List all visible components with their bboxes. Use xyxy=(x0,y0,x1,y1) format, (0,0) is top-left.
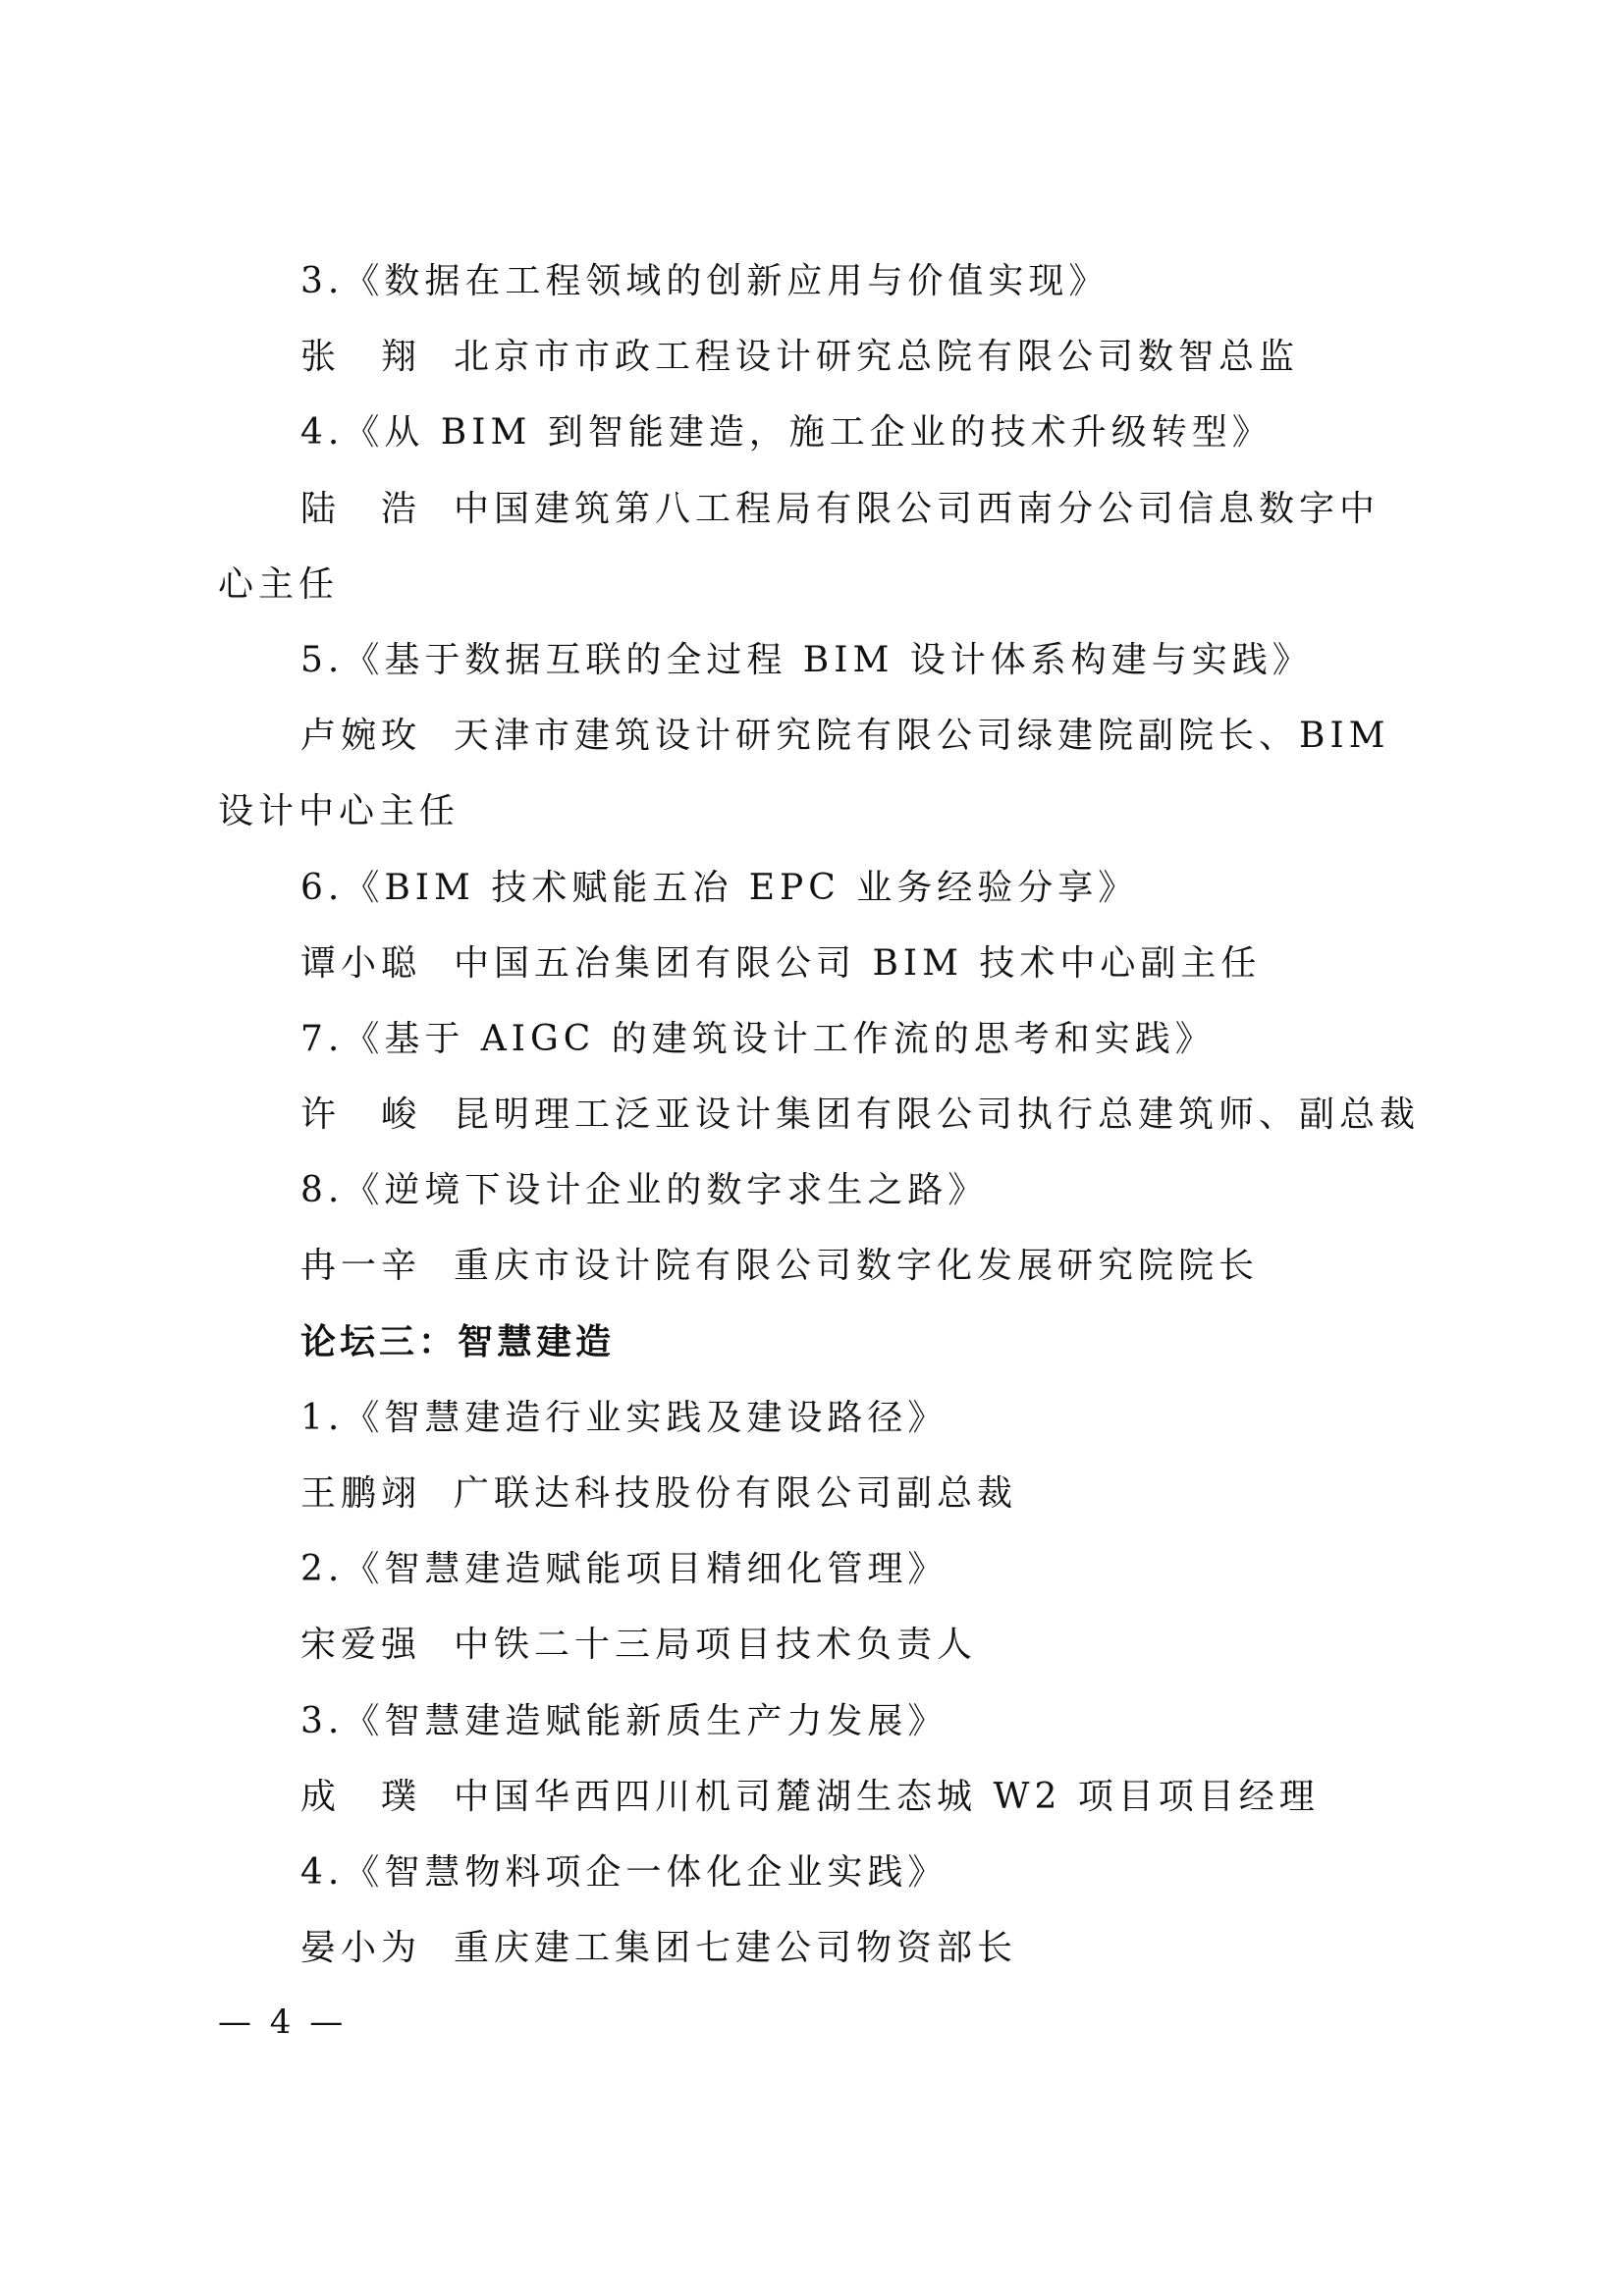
speaker-title: 重庆建工集团七建公司物资部长 xyxy=(454,1928,1017,1968)
talk-title: 5.《基于数据互联的全过程 BIM 设计体系构建与实践》 xyxy=(218,622,1426,698)
speaker-title: 广联达科技股份有限公司副总裁 xyxy=(454,1473,1017,1514)
speaker-name: 谭小聪 xyxy=(300,926,430,1001)
speaker-line: 成 璞中国华西四川机司麓湖生态城 W2 项目项目经理 xyxy=(218,1759,1426,1835)
talk-title: 6.《BIM 技术赋能五冶 EPC 业务经验分享》 xyxy=(218,850,1426,926)
speaker-name: 成 璞 xyxy=(300,1759,430,1835)
talk-title: 7.《基于 AIGC 的建筑设计工作流的思考和实践》 xyxy=(218,1001,1426,1077)
speaker-line: 王鹏翊广联达科技股份有限公司副总裁 xyxy=(218,1456,1426,1531)
speaker-title: 中铁二十三局项目技术负责人 xyxy=(454,1625,977,1665)
talk-title: 3.《数据在工程领域的创新应用与价值实现》 xyxy=(218,243,1426,319)
speaker-line: 冉一辛重庆市设计院有限公司数字化发展研究院院长 xyxy=(218,1228,1426,1304)
talk-title: 3.《智慧建造赋能新质生产力发展》 xyxy=(218,1683,1426,1759)
speaker-title: 天津市建筑设计研究院有限公司绿建院副院长、BIM xyxy=(454,716,1390,756)
page-number: — 4 — xyxy=(218,1993,347,2052)
speaker-title: 北京市市政工程设计研究总院有限公司数智总监 xyxy=(454,337,1299,377)
speaker-name: 陆 浩 xyxy=(300,471,430,547)
speaker-name: 冉一辛 xyxy=(300,1228,430,1304)
speaker-line: 宋爱强中铁二十三局项目技术负责人 xyxy=(218,1607,1426,1682)
speaker-line: 陆 浩中国建筑第八工程局有限公司西南分公司信息数字中 xyxy=(218,471,1426,547)
speaker-line: 谭小聪中国五冶集团有限公司 BIM 技术中心副主任 xyxy=(218,926,1426,1001)
speaker-line: 许 峻昆明理工泛亚设计集团有限公司执行总建筑师、副总裁 xyxy=(218,1077,1426,1152)
speaker-name: 许 峻 xyxy=(300,1077,430,1152)
speaker-title: 中国华西四川机司麓湖生态城 W2 项目项目经理 xyxy=(454,1777,1320,1817)
speaker-name: 卢婉玫 xyxy=(300,698,430,774)
talk-title: 8.《逆境下设计企业的数字求生之路》 xyxy=(218,1152,1426,1228)
talk-title: 4.《从 BIM 到智能建造，施工企业的技术升级转型》 xyxy=(218,395,1426,470)
speaker-title-continued: 设计中心主任 xyxy=(218,774,1426,849)
speaker-name: 王鹏翊 xyxy=(300,1456,430,1531)
talk-title: 4.《智慧物料项企一体化企业实践》 xyxy=(218,1835,1426,1910)
speaker-line: 晏小为重庆建工集团七建公司物资部长 xyxy=(218,1910,1426,1986)
speaker-name: 晏小为 xyxy=(300,1910,430,1986)
talk-title: 2.《智慧建造赋能项目精细化管理》 xyxy=(218,1531,1426,1607)
speaker-title-continued: 心主任 xyxy=(218,547,1426,622)
speaker-title: 重庆市设计院有限公司数字化发展研究院院长 xyxy=(454,1246,1259,1286)
speaker-name: 张 翔 xyxy=(300,319,430,395)
speaker-name: 宋爱强 xyxy=(300,1607,430,1682)
talk-title: 1.《智慧建造行业实践及建设路径》 xyxy=(218,1380,1426,1456)
document-page: 3.《数据在工程领域的创新应用与价值实现》 张 翔北京市市政工程设计研究总院有限… xyxy=(0,0,1624,2296)
speaker-title: 中国建筑第八工程局有限公司西南分公司信息数字中 xyxy=(454,489,1380,529)
speaker-line: 张 翔北京市市政工程设计研究总院有限公司数智总监 xyxy=(218,319,1426,395)
speaker-line: 卢婉玫天津市建筑设计研究院有限公司绿建院副院长、BIM xyxy=(218,698,1426,774)
speaker-title: 中国五冶集团有限公司 BIM 技术中心副主任 xyxy=(454,943,1261,984)
speaker-title: 昆明理工泛亚设计集团有限公司执行总建筑师、副总裁 xyxy=(454,1095,1420,1135)
page-content: 3.《数据在工程领域的创新应用与价值实现》 张 翔北京市市政工程设计研究总院有限… xyxy=(218,243,1426,1986)
section-heading: 论坛三：智慧建造 xyxy=(218,1305,1426,1380)
